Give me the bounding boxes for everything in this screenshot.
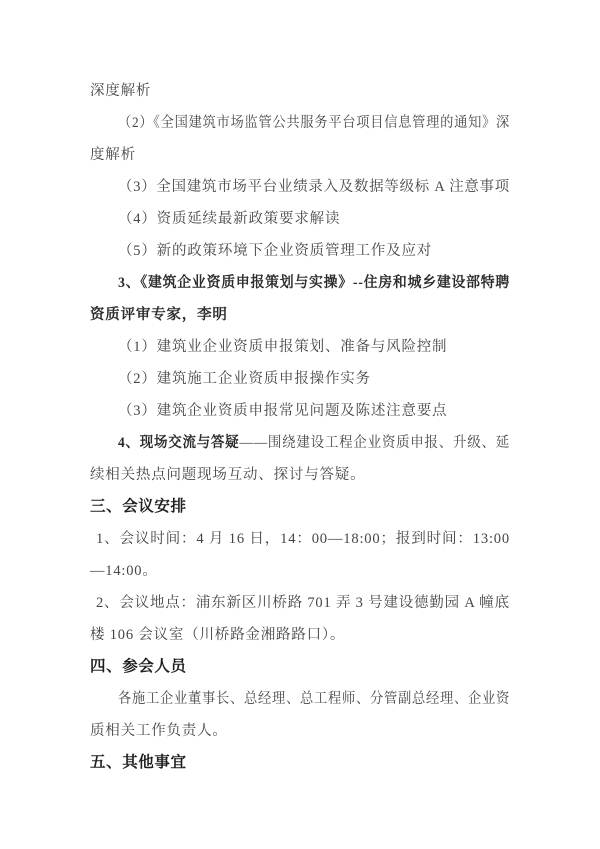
line-runs: （3）全国建筑市场平台业绩录入及数据等级标 A 注意事项 [118,171,510,203]
text-line: （1）建筑业企业资质申报策划、准备与风险控制 [90,331,510,363]
line-runs: 三、会议安排 [90,491,187,523]
text-line: 4、现场交流与答疑——围绕建设工程企业资质申报、升级、延 [90,427,510,459]
text-line: 质相关工作负责人。 [90,715,510,747]
text-line: （4）资质延续最新政策要求解读 [90,203,510,235]
line-runs: （2）《全国建筑市场监管公共服务平台项目信息管理的通知》深 [118,107,510,139]
text-run: 深度解析 [90,83,151,99]
bold-text-run: 4、现场交流与答疑 [118,435,239,451]
text-line: 各施工企业董事长、总经理、总工程师、分管副总经理、企业资 [90,683,510,715]
line-runs: 1、会议时间：4 月 16 日，14：00—18:00；报到时间：13:00 [96,523,510,555]
line-runs: 各施工企业董事长、总经理、总工程师、分管副总经理、企业资 [118,683,510,715]
text-line: 续相关热点问题现场互动、探讨与答疑。 [90,459,510,491]
text-run: （4）资质延续最新政策要求解读 [118,211,340,227]
text-line: 1、会议时间：4 月 16 日，14：00—18:00；报到时间：13:00 [90,523,510,555]
text-run: 2、会议地点：浦东新区川桥路 701 弄 3 号建设德勤园 A 幢底 [96,595,510,611]
text-line: 2、会议地点：浦东新区川桥路 701 弄 3 号建设德勤园 A 幢底 [90,587,510,619]
line-runs: （5）新的政策环境下企业资质管理工作及应对 [118,235,432,267]
line-runs: （1）建筑业企业资质申报策划、准备与风险控制 [118,331,447,363]
section-heading: 三、会议安排 [90,491,510,523]
text-run: 续相关热点问题现场互动、探讨与答疑。 [90,467,365,483]
line-runs: 续相关热点问题现场互动、探讨与答疑。 [90,459,365,491]
bold-text-run: 资质评审专家，李明 [90,307,228,323]
line-runs: 度解析 [90,139,136,171]
text-run: （1）建筑业企业资质申报策划、准备与风险控制 [118,339,447,355]
section-heading: 五、其他事宜 [90,747,510,779]
line-runs: （3）建筑企业资质申报常见问题及陈述注意要点 [118,395,447,427]
line-runs: （4）资质延续最新政策要求解读 [118,203,340,235]
text-run: 1、会议时间：4 月 16 日，14：00—18:00；报到时间：13:00 [96,531,510,547]
text-line: （5）新的政策环境下企业资质管理工作及应对 [90,235,510,267]
text-line: （3）建筑企业资质申报常见问题及陈述注意要点 [90,395,510,427]
text-line: 度解析 [90,139,510,171]
text-run: ——围绕建设工程企业资质申报、升级、延 [239,435,510,451]
text-line: —14:00。 [90,555,510,587]
bold-text-run: 四、参会人员 [90,658,187,675]
text-run: 楼 106 会议室（川桥路金湘路路口）。 [90,627,345,643]
document-page: 深度解析（2）《全国建筑市场监管公共服务平台项目信息管理的通知》深度解析（3）全… [0,0,600,849]
line-runs: 2、会议地点：浦东新区川桥路 701 弄 3 号建设德勤园 A 幢底 [96,587,510,619]
bold-text-run: 3、《建筑企业资质申报策划与实操》--住房和城乡建设部特聘 [118,275,510,291]
text-run: 度解析 [90,147,136,163]
line-runs: 楼 106 会议室（川桥路金湘路路口）。 [90,619,345,651]
line-runs: 五、其他事宜 [90,747,187,779]
text-run: （3）建筑企业资质申报常见问题及陈述注意要点 [118,403,447,419]
text-run: （2）《全国建筑市场监管公共服务平台项目信息管理的通知》深 [118,115,510,131]
bold-text-run: 五、其他事宜 [90,754,187,771]
line-runs: 四、参会人员 [90,651,187,683]
section-heading: 四、参会人员 [90,651,510,683]
text-run: —14:00。 [90,563,158,579]
text-line: （2）建筑施工企业资质申报操作实务 [90,363,510,395]
text-run: （5）新的政策环境下企业资质管理工作及应对 [118,243,432,259]
line-runs: 3、《建筑企业资质申报策划与实操》--住房和城乡建设部特聘 [118,267,510,299]
text-line: （3）全国建筑市场平台业绩录入及数据等级标 A 注意事项 [90,171,510,203]
line-runs: 质相关工作负责人。 [90,715,228,747]
line-runs: 深度解析 [90,75,151,107]
text-run: 各施工企业董事长、总经理、总工程师、分管副总经理、企业资 [118,691,510,707]
document-body: 深度解析（2）《全国建筑市场监管公共服务平台项目信息管理的通知》深度解析（3）全… [90,75,510,779]
text-line: （2）《全国建筑市场监管公共服务平台项目信息管理的通知》深 [90,107,510,139]
text-run: 质相关工作负责人。 [90,723,228,739]
text-run: （3）全国建筑市场平台业绩录入及数据等级标 A 注意事项 [118,179,510,195]
text-run: （2）建筑施工企业资质申报操作实务 [118,371,371,387]
text-line: 楼 106 会议室（川桥路金湘路路口）。 [90,619,510,651]
text-line: 深度解析 [90,75,510,107]
text-line: 3、《建筑企业资质申报策划与实操》--住房和城乡建设部特聘 [90,267,510,299]
bold-text-run: 三、会议安排 [90,498,187,515]
line-runs: 资质评审专家，李明 [90,299,228,331]
line-runs: —14:00。 [90,555,158,587]
text-line: 资质评审专家，李明 [90,299,510,331]
line-runs: （2）建筑施工企业资质申报操作实务 [118,363,371,395]
line-runs: 4、现场交流与答疑——围绕建设工程企业资质申报、升级、延 [118,427,510,459]
